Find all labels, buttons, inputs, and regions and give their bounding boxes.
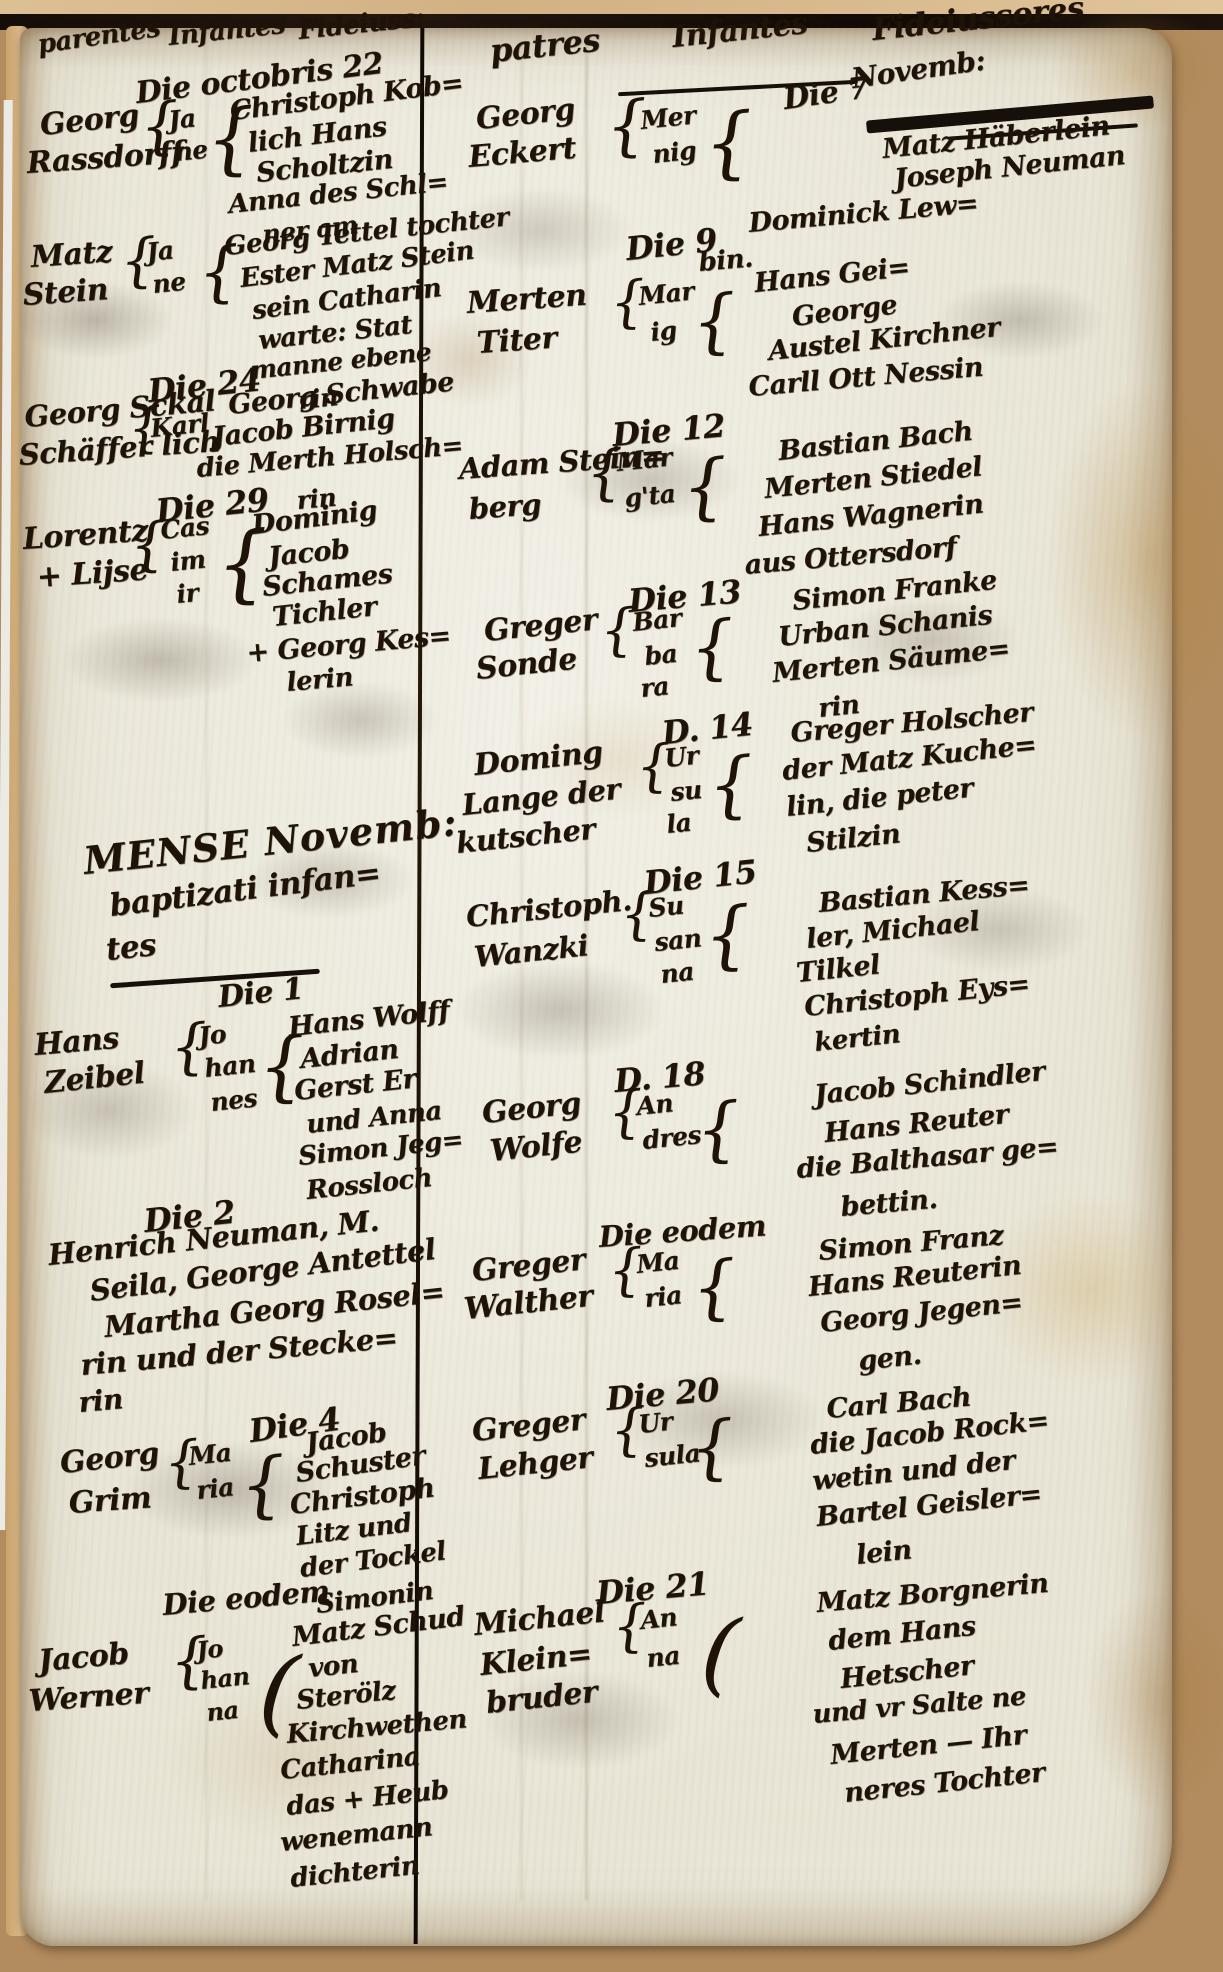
child-name-syllable: Ur: [637, 1407, 674, 1439]
ink-brace: {: [706, 751, 755, 818]
child-name-syllable: ne: [151, 267, 187, 299]
child-name-syllable: Ur: [663, 741, 700, 773]
ink-brace: {: [702, 107, 755, 180]
child-name-syllable: han: [199, 1661, 251, 1695]
child-name-syllable: Ja: [167, 103, 197, 135]
parent-name: Stein: [22, 272, 110, 313]
ink-brace: {: [690, 289, 738, 354]
child-name-syllable: na: [205, 1695, 240, 1727]
child-name-syllable: Cas: [159, 511, 210, 545]
ink-brace: {: [688, 1415, 736, 1480]
child-name-syllable: Mer: [639, 100, 697, 135]
ink-brace: {: [688, 615, 736, 680]
sponsor-name: lerin: [285, 662, 354, 698]
child-name-syllable: nes: [209, 1083, 258, 1117]
child-name-syllable: Jo: [197, 1019, 227, 1051]
child-name-syllable: Ma: [635, 1246, 681, 1279]
child-name-syllable: san: [653, 923, 703, 957]
child-name-syllable: g'ta: [623, 479, 677, 513]
child-name-syllable: Ma: [187, 1438, 233, 1471]
ink-brace: {: [238, 1451, 287, 1518]
ink-brace: {: [694, 1097, 742, 1162]
child-name-syllable: han: [203, 1049, 257, 1083]
child-name-syllable: dres: [641, 1120, 702, 1155]
child-name-syllable: ne: [173, 135, 209, 167]
child-name-syllable: la: [665, 808, 693, 839]
ink-brace: {: [680, 453, 729, 520]
child-name-syllable: im: [169, 545, 207, 577]
child-name-syllable: na: [645, 1641, 681, 1673]
parent-name: Matz: [30, 234, 114, 275]
manuscript-scan: parentes Infantes Fideiuss: Die octobris…: [0, 0, 1223, 1972]
child-name-syllable: ria: [643, 1280, 683, 1313]
child-name-syllable: Karl: [149, 408, 210, 443]
child-name-syllable: ra: [639, 671, 670, 703]
child-name-syllable: An: [635, 1088, 674, 1121]
parent-name: berg: [468, 487, 542, 526]
parent-name: Hans: [33, 1021, 120, 1063]
parent-name: Titer: [476, 321, 558, 361]
child-name-syllable: nig: [651, 136, 697, 169]
child-name-syllable: na: [659, 957, 695, 989]
ink-brace: {: [702, 901, 753, 970]
child-name-syllable: ba: [643, 639, 679, 671]
child-name-syllable: Ja: [145, 235, 175, 267]
sponsor-name: lein: [855, 1534, 913, 1571]
child-name-syllable: Bar: [631, 603, 683, 637]
child-name-syllable: ir: [175, 578, 200, 609]
page-crease: [205, 40, 208, 1900]
child-name-syllable: Mar: [615, 442, 673, 477]
ink-brace: {: [690, 1255, 738, 1320]
child-name-syllable: An: [639, 1602, 678, 1635]
parent-name: Grim: [68, 1480, 153, 1521]
child-name-syllable: Mar: [637, 276, 695, 311]
child-name-syllable: su: [669, 775, 703, 807]
child-name-syllable: Jo: [195, 1633, 224, 1665]
entry-prose-line: rin: [77, 1382, 124, 1419]
month-heading-line3: tes: [104, 927, 157, 968]
sponsor-name: von: [307, 1649, 360, 1684]
sponsor-name: gen.: [857, 1340, 923, 1377]
child-name-syllable: ria: [195, 1472, 235, 1505]
child-name-syllable: ig: [649, 315, 678, 347]
child-name-syllable: Su: [647, 890, 685, 923]
